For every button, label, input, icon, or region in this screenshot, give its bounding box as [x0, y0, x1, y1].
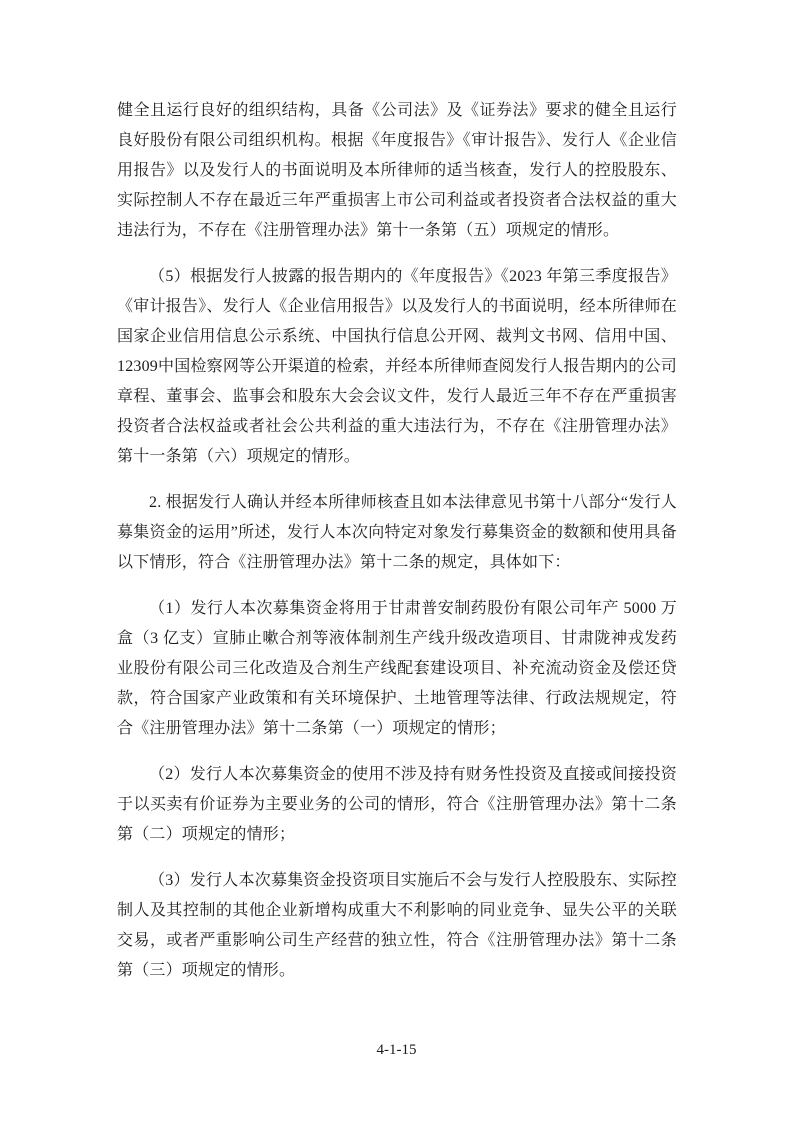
paragraph-continuation: 健全且运行良好的组织结构，具备《公司法》及《证券法》要求的健全且运行良好股份有限… [117, 96, 677, 246]
document-body: 健全且运行良好的组织结构，具备《公司法》及《证券法》要求的健全且运行良好股份有限… [117, 96, 677, 1002]
paragraph-item-1: （1）发行人本次募集资金将用于甘肃普安制药股份有限公司年产 5000 万盒（3 … [117, 594, 677, 744]
paragraph-item-3: （3）发行人本次募集资金投资项目实施后不会与发行人控股股东、实际控制人及其控制的… [117, 866, 677, 986]
document-page: 健全且运行良好的组织结构，具备《公司法》及《证券法》要求的健全且运行良好股份有限… [0, 0, 793, 1122]
paragraph-item-2: （2）发行人本次募集资金的使用不涉及持有财务性投资及直接或间接投资于以买卖有价证… [117, 760, 677, 850]
paragraph-item-5: （5）根据发行人披露的报告期内的《年度报告》《2023 年第三季度报告》《审计报… [117, 262, 677, 472]
paragraph-section-2: 2. 根据发行人确认并经本所律师核查且如本法律意见书第十八部分“发行人募集资金的… [117, 488, 677, 578]
page-number: 4-1-15 [0, 1040, 793, 1060]
